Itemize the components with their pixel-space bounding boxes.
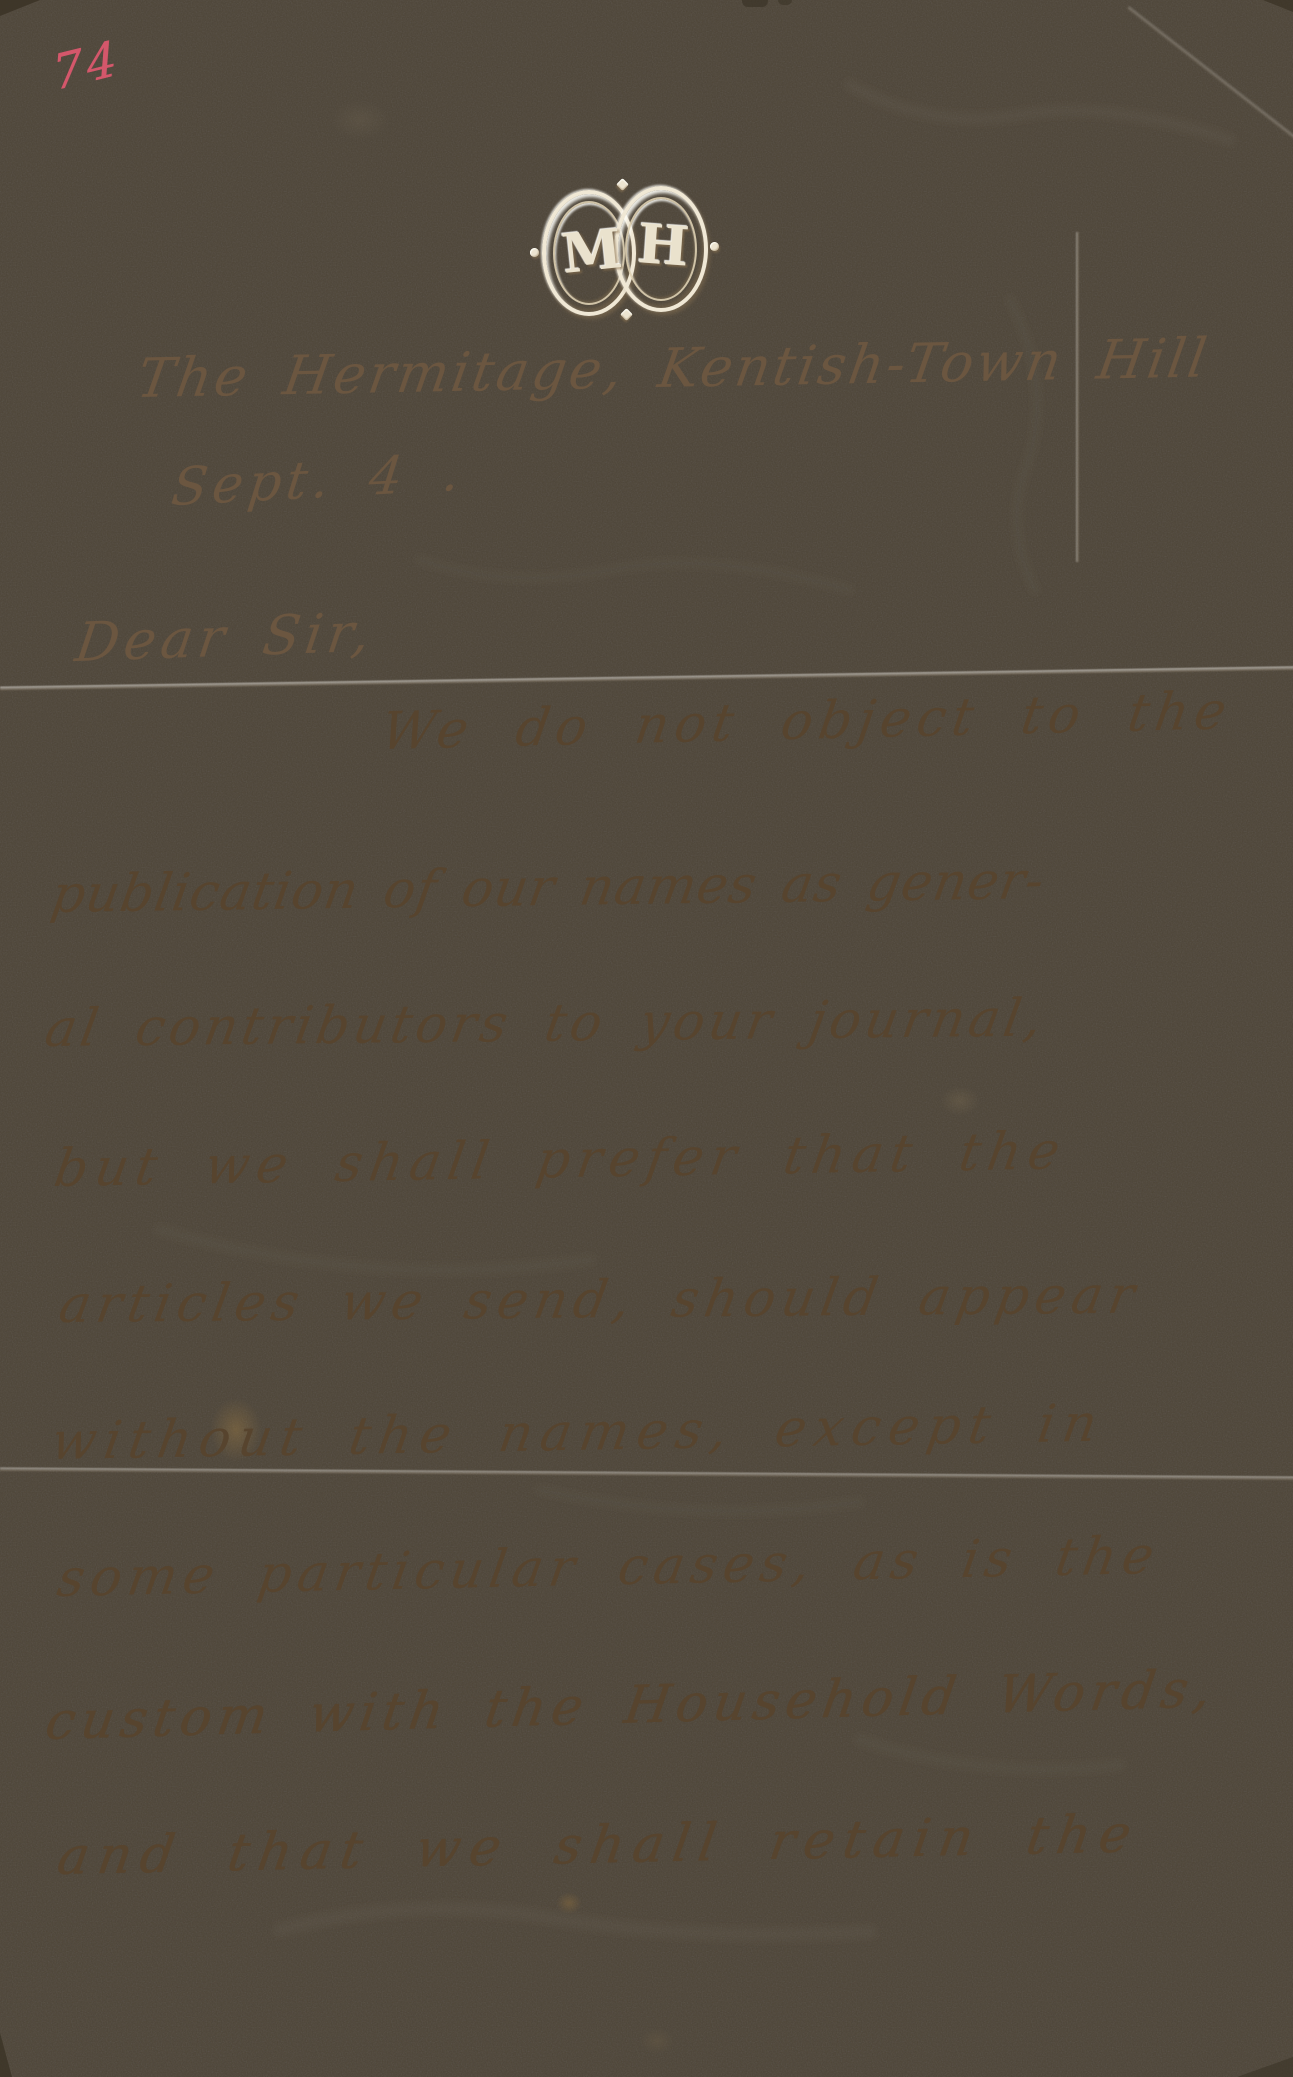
scan-edge-top-right [1263, 0, 1293, 12]
stain-2 [556, 1892, 582, 1914]
body-line-2: publication of our names as gener- [48, 855, 1049, 921]
fold-crease-corner [1127, 6, 1293, 156]
monogram-finial-bottom [620, 308, 633, 321]
body-line-9: and that we shall retain the [54, 1808, 1143, 1883]
monogram-finial-left [530, 248, 539, 257]
letter-page: 74 M H The Hermitage, Kentish-Town Hill … [0, 0, 1293, 2077]
date-line: Sept. 4 . [169, 446, 468, 514]
body-line-1: We do not object to the [378, 685, 1235, 758]
stain-5 [330, 100, 390, 140]
body-line-7: some particular cases, as is the [54, 1530, 1163, 1605]
embossed-monogram: M H [542, 186, 708, 316]
archival-number: 74 [50, 30, 123, 103]
scan-edge-bottom-right [1237, 2057, 1293, 2077]
fold-crease-vertical [1076, 232, 1079, 562]
body-line-4: but we shall prefer that the [51, 1125, 1070, 1195]
body-line-5: articles we send, should appear [56, 1270, 1145, 1332]
stain-3 [640, 2028, 674, 2054]
address-line: The Hermitage, Kentish-Town Hill [134, 331, 1213, 406]
scan-edge-top-nick-2 [778, 0, 792, 5]
body-line-8: custom with the Household Words, [42, 1663, 1220, 1748]
body-line-6: without the names, except in [48, 1398, 1109, 1469]
monogram-letter-m: M [559, 221, 624, 281]
scan-edge-top-nick-1 [742, 0, 768, 7]
salutation: Dear Sir, [72, 605, 378, 670]
monogram-finial-top [616, 178, 629, 191]
scan-edge-bottom-left [0, 2033, 12, 2077]
scan-edge-top-left [0, 0, 40, 16]
monogram-letter-h: H [636, 216, 691, 273]
body-line-3: al contributors to your journal, [42, 992, 1050, 1055]
monogram-finial-right [710, 242, 719, 251]
stain-4 [940, 1086, 980, 1116]
